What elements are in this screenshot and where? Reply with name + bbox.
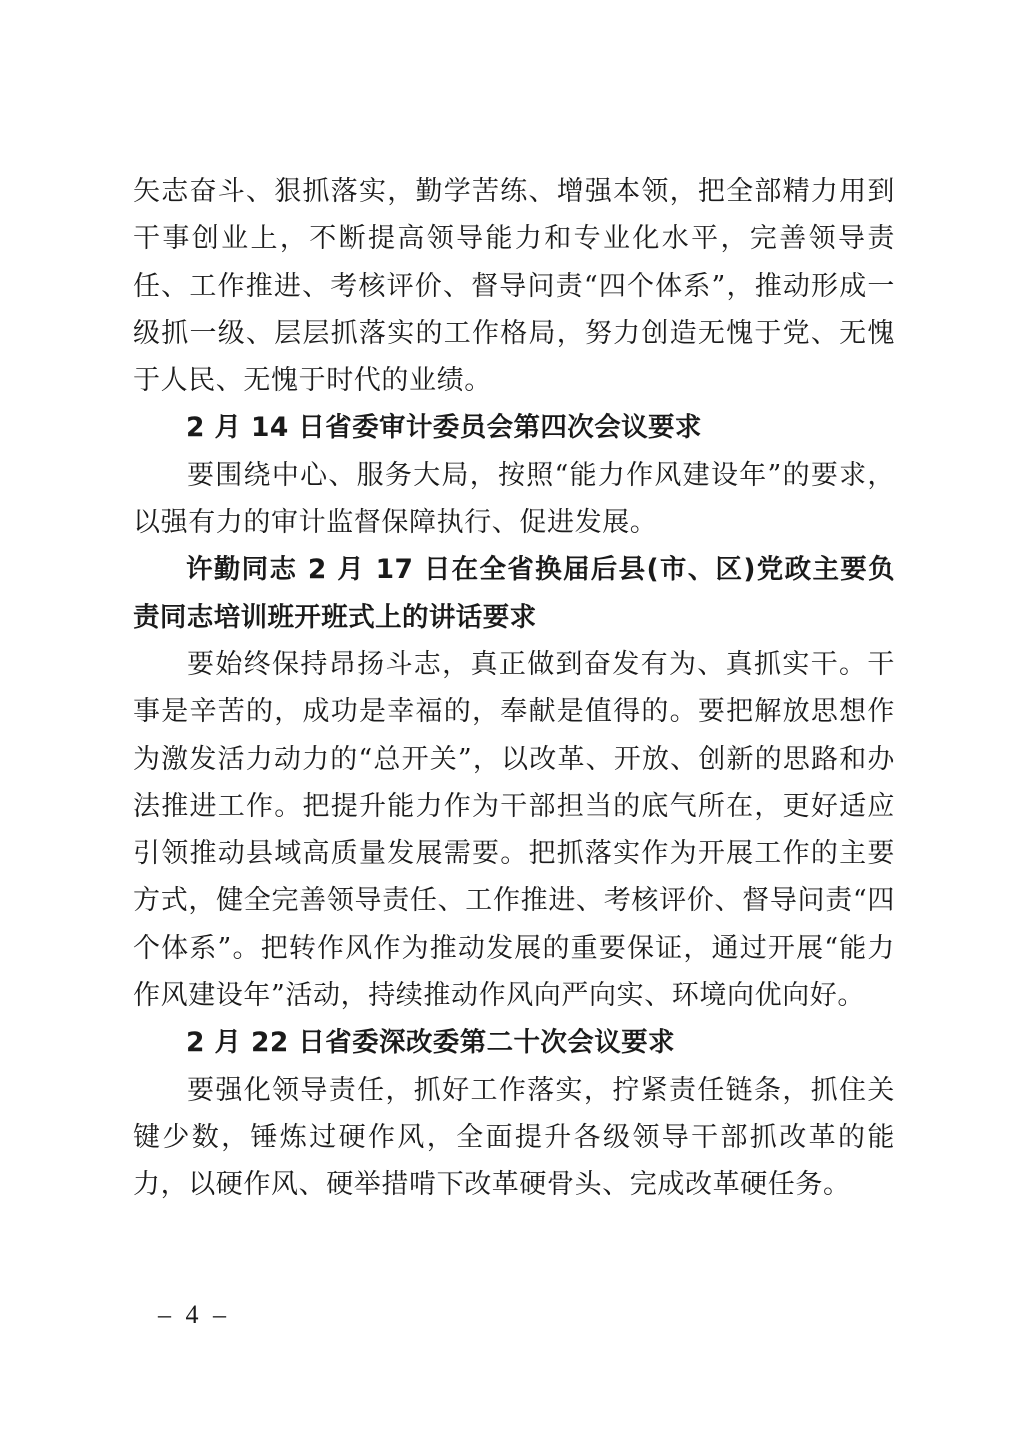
- paragraph-audit-requirements: 要围绕中心、服务大局，按照“能力作风建设年”的要求，以强有力的审计监督保障执行、…: [133, 452, 895, 547]
- document-body: 矢志奋斗、狠抓落实，勤学苦练、增强本领，把全部精力用到干事创业上，不断提高领导能…: [133, 168, 895, 1209]
- section-heading-audit-committee: 2 月 14 日省委审计委员会第四次会议要求: [133, 404, 895, 451]
- section-heading-reform-committee: 2 月 22 日省委深改委第二十次会议要求: [133, 1019, 895, 1066]
- page-number: – 4 –: [158, 1300, 230, 1330]
- section-heading-training-speech: 许勤同志 2 月 17 日在全省换届后县(市、区)党政主要负责同志培训班开班式上…: [133, 546, 895, 641]
- paragraph-continued: 矢志奋斗、狠抓落实，勤学苦练、增强本领，把全部精力用到干事创业上，不断提高领导能…: [133, 168, 895, 404]
- paragraph-reform-requirements: 要强化领导责任，抓好工作落实，拧紧责任链条，抓住关键少数，锤炼过硬作风，全面提升…: [133, 1067, 895, 1209]
- paragraph-speech-requirements: 要始终保持昂扬斗志，真正做到奋发有为、真抓实干。干事是辛苦的，成功是幸福的，奉献…: [133, 641, 895, 1019]
